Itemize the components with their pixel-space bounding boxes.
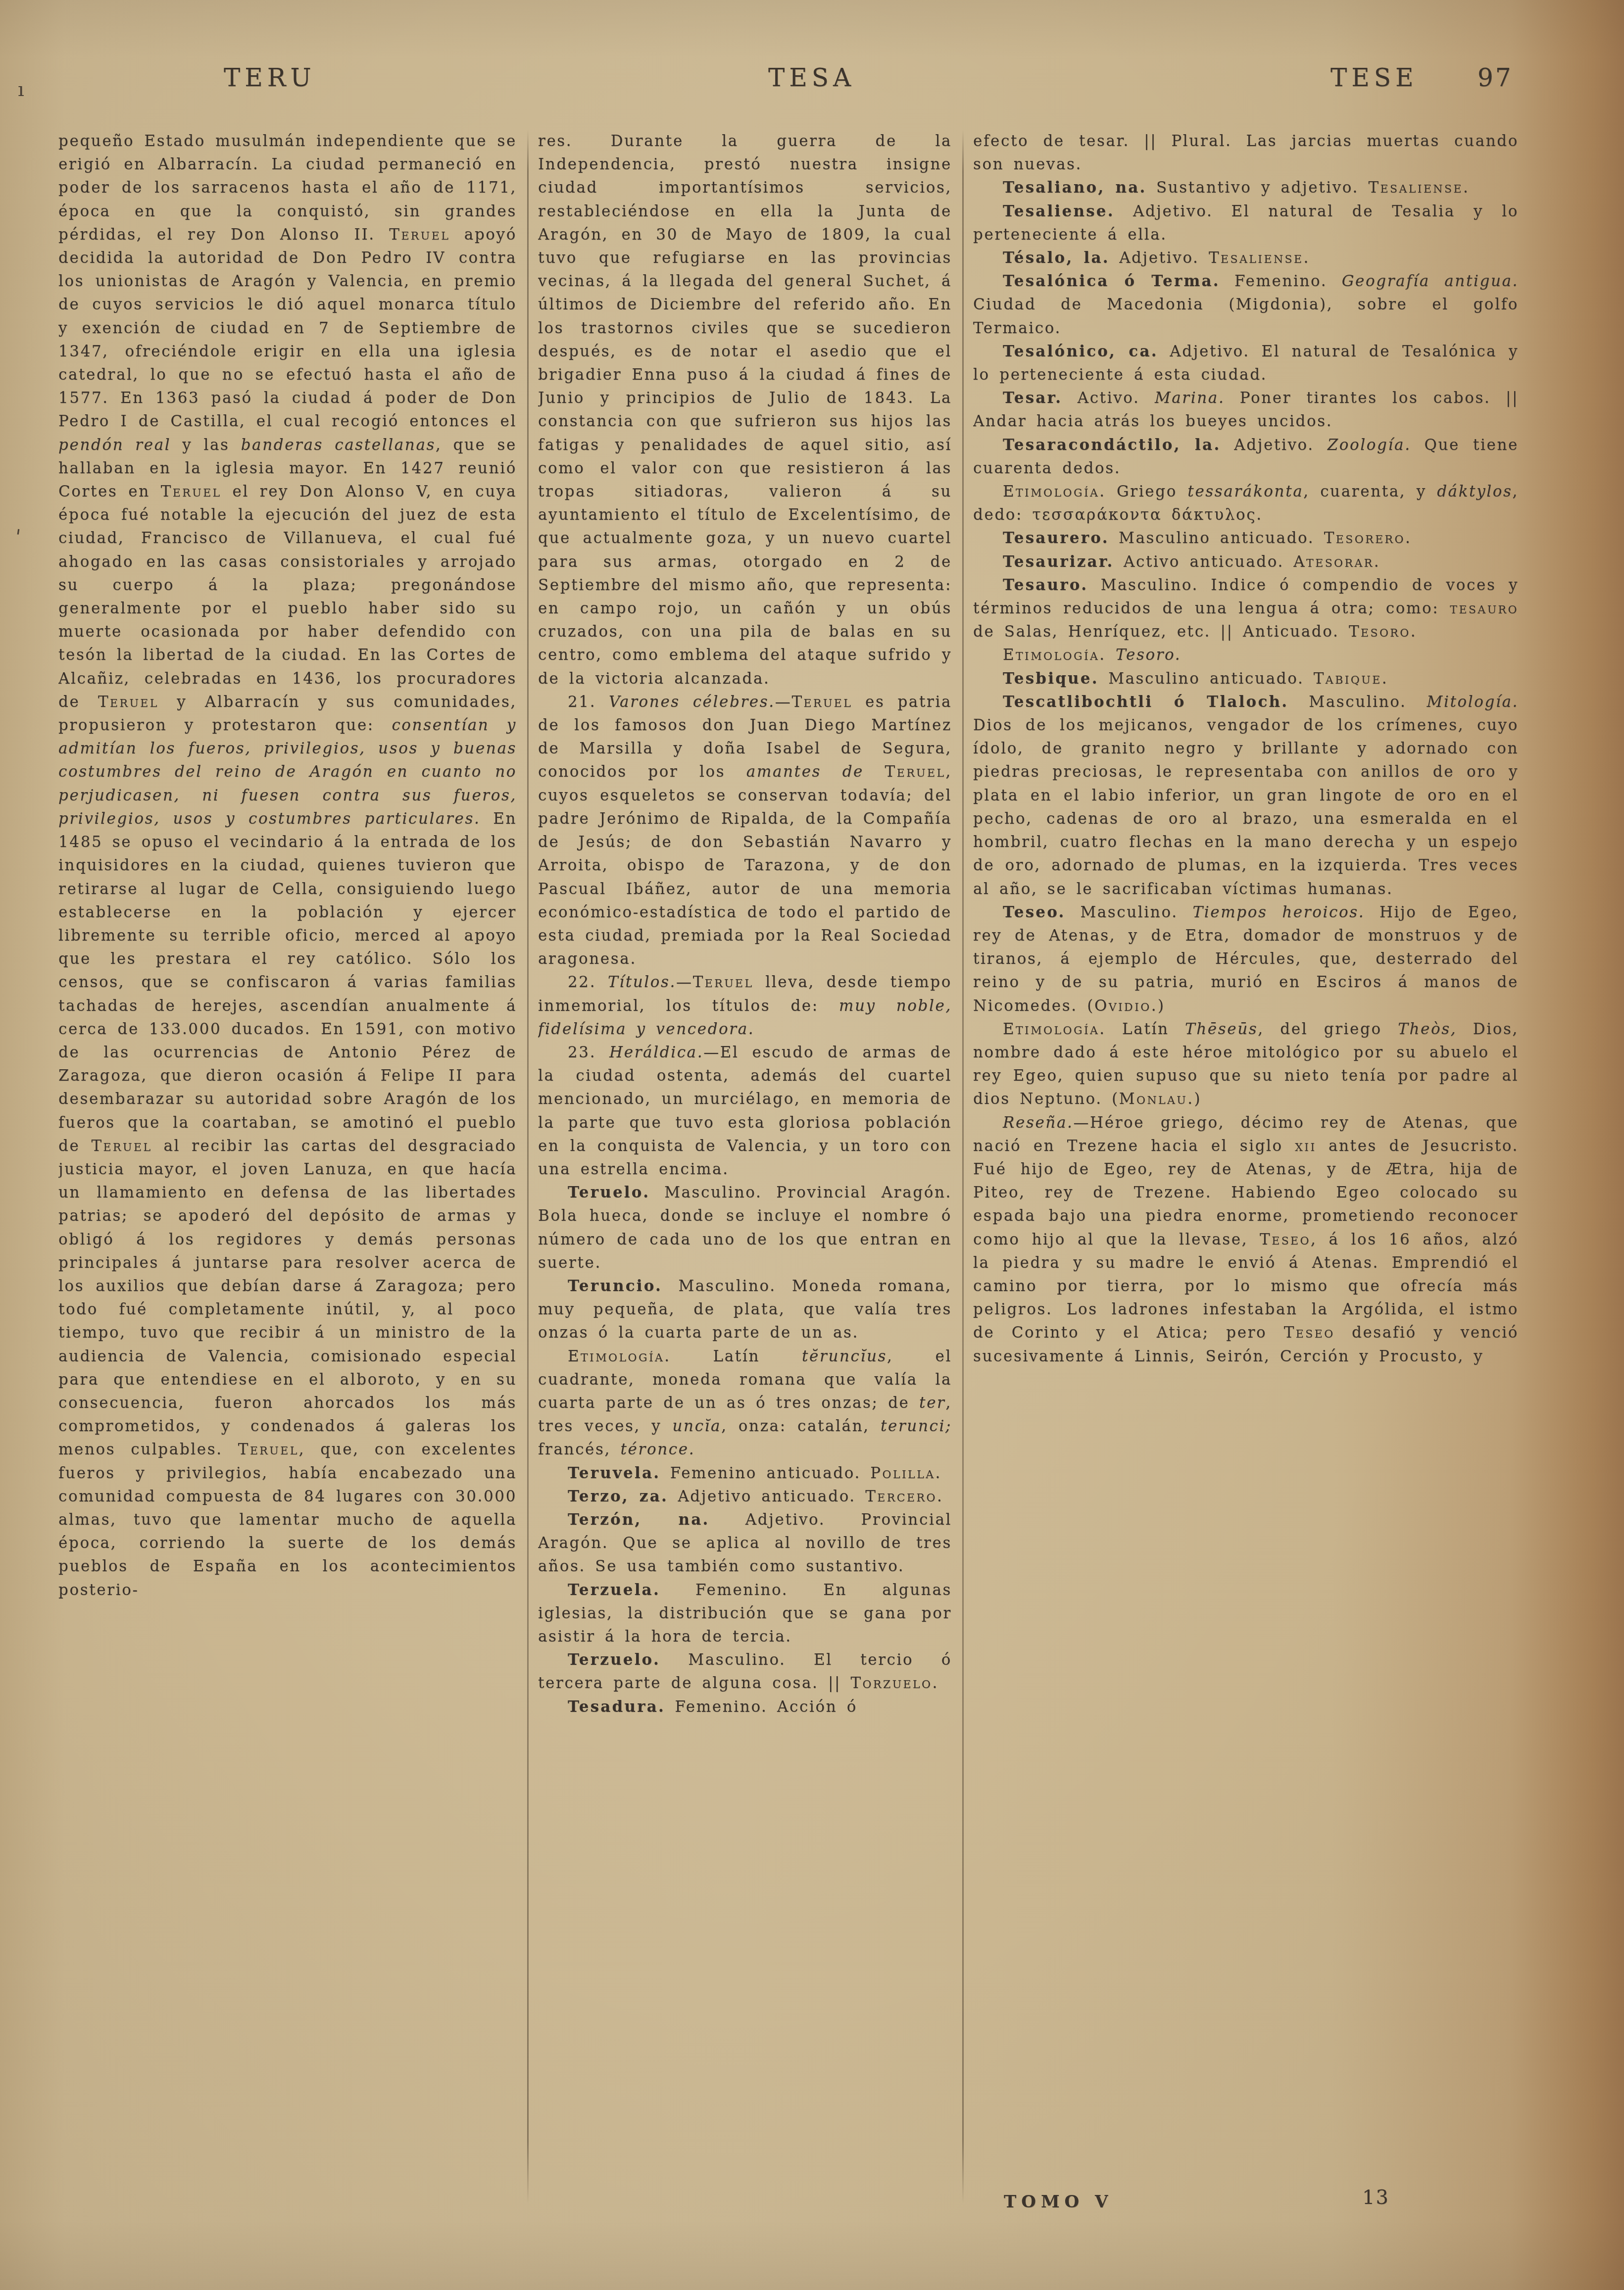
paragraph: Tesaracondáctilo, la. Adjetivo. Zoología…: [973, 434, 1518, 480]
column-1: pequeño Estado musulmán independiente qu…: [58, 130, 517, 2204]
text-run: Mitología.: [1427, 693, 1518, 711]
text-run: Tesaliense.: [1209, 249, 1310, 267]
paragraph: Tésalo, la. Adjetivo. Tesaliense.: [973, 247, 1518, 270]
text-run: ): [1158, 997, 1165, 1015]
text-run: tessarákonta: [1187, 483, 1303, 500]
text-run: Masculino.: [1066, 903, 1193, 921]
text-run: apoyó decidida la autoridad de Don Pedro…: [58, 226, 517, 431]
header-word-center: TESA: [768, 63, 855, 92]
text-run: Tesoro.: [1349, 623, 1417, 641]
text-run: Tésalo, la.: [1003, 249, 1110, 267]
running-header: TERU TESA TESE 97: [0, 63, 1624, 108]
text-run: Masculino anticuado.: [1109, 529, 1324, 547]
text-run: [1106, 646, 1116, 664]
paragraph: Tesbique. Masculino anticuado. Tabique.: [973, 667, 1518, 691]
ink-speck: ': [13, 525, 22, 548]
text-run: Tesoro.: [1116, 646, 1181, 664]
dictionary-page: ı ' TERU TESA TESE 97 pequeño Estado mus…: [0, 0, 1624, 2290]
text-run: banderas castellanas: [241, 436, 436, 454]
text-run: Thēseūs: [1185, 1020, 1258, 1038]
text-run: Adjetivo anticuado.: [668, 1488, 865, 1505]
text-run: Monlau.: [1119, 1090, 1194, 1108]
text-run: Tesaliano, na.: [1003, 179, 1146, 197]
text-run: Adjetivo.: [1221, 436, 1327, 454]
text-run: Sustantivo y adjetivo.: [1146, 179, 1368, 197]
text-run: Activo.: [1062, 389, 1155, 407]
paragraph: Teseo. Masculino. Tiempos heroicos. Hijo…: [973, 901, 1518, 1018]
text-run: Teruncio.: [568, 1277, 662, 1295]
text-run: de Salas, Henríquez, etc. || Anticuado.: [973, 623, 1349, 641]
text-run: Geografía antigua.: [1342, 272, 1518, 290]
text-run: , onza: catalán,: [721, 1417, 881, 1435]
signature-number: 13: [1362, 2186, 1389, 2209]
text-run: En 1485 se opuso el vecindario á la entr…: [58, 810, 517, 1155]
paragraph: Terzuelo. Masculino. El tercio ó tercera…: [538, 1648, 952, 1695]
volume-label: TOMO V: [1004, 2192, 1113, 2212]
text-run: Teruel: [693, 973, 754, 991]
text-run: Tesaurero.: [1003, 529, 1109, 547]
text-run: terunci;: [881, 1417, 952, 1435]
paragraph: Tesaliano, na. Sustantivo y adjetivo. Te…: [973, 176, 1518, 199]
paragraph: Tesaurizar. Activo anticuado. Atesorar.: [973, 550, 1518, 574]
text-run: tesauro: [1450, 599, 1518, 617]
text-run: Teseo: [1284, 1324, 1335, 1342]
text-run: Etimología.: [568, 1347, 671, 1365]
text-run: Zoología.: [1328, 436, 1411, 454]
text-run: —El escudo de armas de la ciudad ostenta…: [538, 1044, 952, 1178]
text-run: Teruel: [161, 483, 222, 500]
text-run: Tesorero.: [1324, 529, 1412, 547]
paragraph: Etimología. Griego tessarákonta, cuarent…: [973, 480, 1518, 527]
paragraph: Terzo, za. Adjetivo anticuado. Tercero.: [538, 1485, 952, 1508]
paragraph: Terzuela. Femenino. En algunas iglesias,…: [538, 1579, 952, 1649]
page-footer: TOMO V 13: [0, 2192, 1624, 2227]
paragraph: Reseña.—Héroe griego, décimo rey de Aten…: [973, 1111, 1518, 1368]
paragraph: Terzón, na. Adjetivo. Provincial Aragón.…: [538, 1508, 952, 1579]
text-run: Teruel: [98, 693, 159, 711]
paragraph: Teruvela. Femenino anticuado. Polilla.: [538, 1462, 952, 1485]
text-run: Terzo, za.: [568, 1488, 668, 1505]
text-run: Atesorar.: [1293, 553, 1380, 571]
paragraph: Teruelo. Masculino. Provincial Aragón. B…: [538, 1181, 952, 1275]
column-2: res. Durante la guerra de la Independenc…: [538, 130, 952, 2204]
text-run: Femenino.: [1220, 272, 1342, 290]
text-run: ): [1194, 1090, 1202, 1108]
text-run: Terzuelo.: [568, 1651, 660, 1669]
column-rule: [962, 130, 964, 2204]
text-run: Dios de los mejicanos, vengador de los c…: [973, 716, 1518, 897]
text-run: Teruvela.: [568, 1464, 660, 1482]
paragraph: Etimología. Latín tĕruncĭus, el cuadrant…: [538, 1345, 952, 1462]
text-run: Griego: [1106, 483, 1188, 500]
paragraph: 21. Varones célebres.—Teruel es patria d…: [538, 691, 952, 971]
text-run: francés,: [538, 1441, 620, 1458]
paragraph: res. Durante la guerra de la Independenc…: [538, 130, 952, 691]
text-run: Tercero.: [865, 1488, 943, 1505]
text-run: Marina.: [1155, 389, 1225, 407]
text-run: Theòs,: [1398, 1020, 1457, 1038]
text-run: Masculino anticuado.: [1099, 670, 1314, 688]
text-run: xii: [1295, 1137, 1316, 1155]
text-run: Tabique.: [1314, 670, 1388, 688]
text-run: dáktylos: [1437, 483, 1512, 500]
text-run: Activo anticuado.: [1114, 553, 1294, 571]
paragraph: efecto de tesar. || Plural. Las jarcias …: [973, 130, 1518, 176]
text-run: Etimología.: [1003, 483, 1106, 500]
header-word-right: TESE: [1330, 63, 1418, 92]
text-run: Femenino. Acción ó: [665, 1698, 857, 1716]
text-run: y las: [171, 436, 241, 454]
text-run: Teruel: [91, 1137, 152, 1155]
text-run: uncĭa: [673, 1417, 722, 1435]
text-run: 22.: [568, 973, 608, 991]
text-run: , que, con excelentes fueros y privilegi…: [58, 1441, 517, 1598]
text-run: , cuarenta, y: [1303, 483, 1437, 500]
text-run: Latín: [1106, 1020, 1185, 1038]
text-run: Latín: [671, 1347, 802, 1365]
text-run: Etimología.: [1003, 1020, 1106, 1038]
text-run: Teruel: [389, 226, 450, 244]
column-rule: [527, 130, 529, 2204]
text-run: 21.: [568, 693, 609, 711]
text-run: Etimología.: [1003, 646, 1106, 664]
text-run: pendón real: [58, 436, 171, 454]
text-run: Adjetivo.: [1110, 249, 1209, 267]
text-run: Tesaurizar.: [1003, 553, 1114, 571]
text-run: Torzuelo.: [851, 1674, 939, 1692]
text-run: —: [676, 973, 693, 991]
text-run: Teseo: [1260, 1231, 1311, 1248]
paragraph: Tesalónico, ca. Adjetivo. El natural de …: [973, 340, 1518, 387]
paragraph: pequeño Estado musulmán independiente qu…: [58, 130, 517, 1602]
text-run: Masculino.: [1288, 693, 1427, 711]
column-3: efecto de tesar. || Plural. Las jarcias …: [973, 130, 1518, 2204]
text-run: Teseo.: [1003, 903, 1066, 921]
paragraph: Tesaurero. Masculino anticuado. Tesorero…: [973, 527, 1518, 550]
text-run: Tiempos heroicos.: [1192, 903, 1365, 921]
text-run: téronce.: [620, 1441, 695, 1458]
header-word-left: TERU: [224, 63, 316, 92]
page-number: 97: [1477, 63, 1513, 92]
text-run: Tesaliense.: [1368, 179, 1470, 197]
text-run: Polilla.: [870, 1464, 941, 1482]
paragraph: Teruncio. Masculino. Moneda romana, muy …: [538, 1275, 952, 1345]
text-run: Tesauro.: [1003, 576, 1088, 594]
text-run: 23.: [568, 1044, 609, 1061]
text-run: Tescatlibochtli ó Tlaloch.: [1003, 693, 1288, 711]
paragraph: Tesauro. Masculino. Indice ó compendio d…: [973, 574, 1518, 644]
paragraph: Tesalónica ó Terma. Femenino. Geografía …: [973, 270, 1518, 340]
text-run: Ciudad de Macedonia (Migdonia), sobre el…: [973, 296, 1518, 337]
text-run: Tesadura.: [568, 1698, 665, 1716]
text-run: Varones célebres.: [609, 693, 775, 711]
text-run: Teruel: [885, 763, 946, 781]
text-run: , cuyos esqueletos se conservan todavía;…: [538, 763, 952, 968]
text-run: tĕruncĭus: [802, 1347, 887, 1365]
text-run: Tesaracondáctilo, la.: [1003, 436, 1221, 454]
text-run: Tesalónica ó Terma.: [1003, 272, 1220, 290]
paragraph: Tesar. Activo. Marina. Poner tirantes lo…: [973, 387, 1518, 433]
text-run: Terzuela.: [568, 1581, 660, 1599]
text-run: Tesar.: [1003, 389, 1062, 407]
text-run: Tesaliense.: [1003, 202, 1115, 220]
text-run: Teruel: [791, 693, 852, 711]
paragraph: Tescatlibochtli ó Tlaloch. Masculino. Mi…: [973, 691, 1518, 901]
text-run: Teruel: [238, 1441, 299, 1458]
text-run: Ovidio.: [1094, 997, 1158, 1015]
text-run: amantes de: [746, 763, 885, 781]
text-run: el rey Don Alonso V, en cuya época fué n…: [58, 483, 517, 711]
paragraph: Etimología. Tesoro.: [973, 644, 1518, 667]
text-run: Terzón, na.: [568, 1511, 709, 1529]
text-run: Títulos.: [608, 973, 676, 991]
text-run: Teruelo.: [568, 1184, 650, 1201]
text-run: —: [775, 693, 792, 711]
text-run: res. Durante la guerra de la Independenc…: [538, 132, 952, 688]
text-run: Tesalónico, ca.: [1003, 343, 1158, 360]
text-run: Tesbique.: [1003, 670, 1099, 688]
text-run: Femenino anticuado.: [660, 1464, 870, 1482]
paragraph: Tesadura. Femenino. Acción ó: [538, 1695, 952, 1719]
paragraph: Etimología. Latín Thēseūs, del griego Th…: [973, 1018, 1518, 1111]
text-run: Reseña.: [1003, 1114, 1073, 1132]
paragraph: 22. Títulos.—Teruel lleva, desde tiempo …: [538, 971, 952, 1041]
text-run: efecto de tesar. || Plural. Las jarcias …: [973, 132, 1518, 173]
text-run: , del griego: [1258, 1020, 1398, 1038]
text-run: ter: [919, 1394, 945, 1412]
text-run: al recibir las cartas del desgraciado ju…: [58, 1137, 517, 1459]
paragraph: Tesaliense. Adjetivo. El natural de Tesa…: [973, 200, 1518, 247]
text-columns: pequeño Estado musulmán independiente qu…: [58, 130, 1518, 2204]
paragraph: 23. Heráldica.—El escudo de armas de la …: [538, 1041, 952, 1181]
text-run: Heráldica.: [609, 1044, 703, 1061]
